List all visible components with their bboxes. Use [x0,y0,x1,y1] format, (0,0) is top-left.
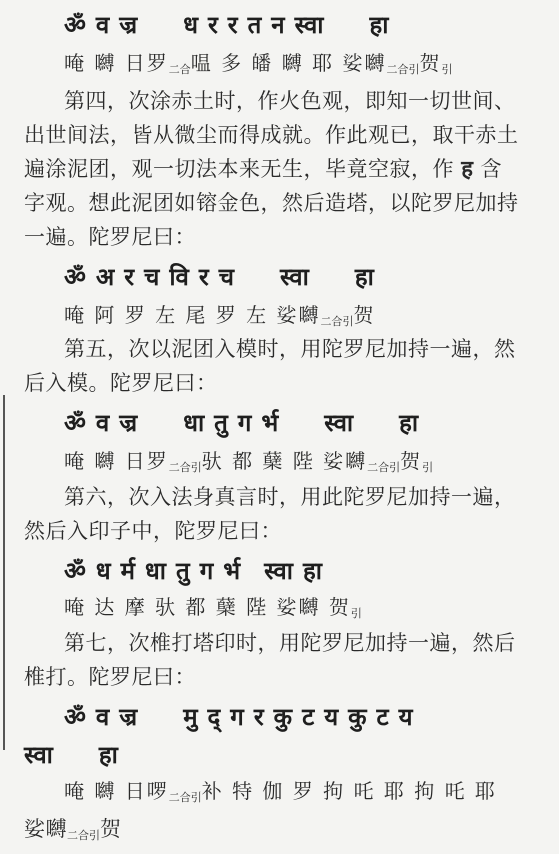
siddham-glyph: ट [302,700,314,733]
siddham-glyph: कु [348,700,366,733]
pronunciation-note: 二合 [169,63,191,76]
paragraph-line: 然后入印子中，陀罗尼曰： [24,518,554,544]
pronunciation-note: 引 [351,607,362,620]
siddham-glyph: ॐ [64,260,86,293]
siddham-mantra-line: स्वाहा [24,738,128,768]
siddham-glyph: हा [399,406,418,439]
siddham-glyph: तु [214,406,228,439]
siddham-mantra-line: ॐधर्मधातुगर्भस्वाहा [64,554,332,584]
paragraph-text: 含 [473,157,502,181]
pronunciation-note: 二合引 [321,315,354,328]
siddham-glyph: ॐ [64,406,86,439]
mantra-text: 唵 达 摩 驮 都 蘖 陛 娑嚩 贺 [64,595,351,619]
paragraph-line: 遍涂泥团，观一切法本来无生，毕竟空寂，作 ह 含 [24,156,554,182]
siddham-glyph: तु [176,554,190,587]
siddham-glyph: ट [377,700,389,733]
mantra-text: 补 特 伽 罗 拘 吒 耶 拘 吒 耶 [202,779,497,803]
siddham-mantra-line: ॐवज्रमुद्गरकुटयकुटय [64,700,423,730]
siddham-glyph: व [96,8,109,41]
siddham-glyph: वि [169,260,189,293]
pronunciation-note: 二合引 [169,791,202,804]
siddham-glyph: धा [183,406,204,439]
siddham-glyph: स्वा [24,738,53,771]
siddham-glyph: स्वा [295,8,324,41]
siddham-glyph: र [124,260,134,293]
pronunciation-note: 引 [422,461,433,474]
mantra-text: 唵 嚩 日罗 [64,449,169,473]
mantra-text: 唵 阿 罗 左 尾 罗 左 娑嚩 [64,303,321,327]
mantra-transliteration: 唵 嚩 日罗二合引驮 都 蘖 陛 娑嚩二合引贺引 [64,448,559,481]
siddham-mantra-line: ॐवज्रधररतनस्वाहा [64,8,399,38]
pronunciation-note: 引 [442,63,453,76]
siddham-glyph: र्भ [261,406,278,439]
siddham-glyph: र्भ [223,554,240,587]
siddham-glyph: ॐ [64,554,86,587]
mantra-text: 唵 嚩 日罗 [64,51,169,75]
margin-rule [3,395,5,750]
siddham-glyph: ध [96,554,111,587]
scanned-book-page: ॐवज्रधररतनस्वाहा 唵 嚩 日罗二合嗢 多 皤 嚩 耶 娑嚩二合引… [0,0,559,854]
seed-syllable-ham: ह [461,156,473,182]
mantra-text: 驮 都 蘖 陛 娑嚩 [202,449,367,473]
mantra-transliteration: 唵 嚩 日啰二合引补 特 伽 罗 拘 吒 耶 拘 吒 耶 [64,778,559,811]
siddham-glyph: हा [355,260,374,293]
siddham-glyph: य [399,700,413,733]
siddham-glyph: मु [183,700,197,733]
siddham-glyph: हा [370,8,389,41]
paragraph-line: 字观。想此泥团如镕金色，然后造塔，以陀罗尼加持 [24,190,554,216]
siddham-glyph: व [96,406,109,439]
siddham-glyph: अ [96,260,114,293]
siddham-glyph: ज्र [119,700,137,733]
mantra-text: 贺 [354,303,376,327]
paragraph-line: 一遍。陀罗尼曰： [24,224,554,250]
siddham-glyph: ध [183,8,198,41]
siddham-glyph: ॐ [64,700,86,733]
paragraph-line: 椎打。陀罗尼曰： [24,664,554,690]
paragraph-line: 后入模。陀罗尼曰： [24,370,554,396]
mantra-transliteration: 唵 嚩 日罗二合嗢 多 皤 嚩 耶 娑嚩二合引贺引 [64,50,559,83]
siddham-glyph: न [271,8,284,41]
siddham-glyph: ॐ [64,8,86,41]
siddham-glyph: र्म [121,554,135,587]
siddham-glyph: द् [208,700,221,733]
paragraph-line: 第五，次以泥团入模时，用陀罗尼加持一遍，然 [64,336,559,362]
siddham-glyph: ग [238,406,252,439]
siddham-glyph: र [199,260,209,293]
mantra-text: 贺 [100,817,122,841]
siddham-glyph: त [248,8,262,41]
paragraph-line: 第七，次椎打塔印时，用陀罗尼加持一遍，然后 [64,630,559,656]
mantra-text: 贺 [420,51,442,75]
paragraph-text: 遍涂泥团，观一切法本来无生，毕竟空寂，作 [24,157,461,181]
siddham-glyph: य [324,700,338,733]
paragraph-line: 第四，次涂赤土时，作火色观，即知一切世间、 [64,88,559,114]
siddham-glyph: च [219,260,234,293]
mantra-text: 唵 嚩 日啰 [64,779,169,803]
siddham-glyph: ज्र [119,406,137,439]
siddham-glyph: कु [274,700,292,733]
siddham-glyph: ग [200,554,214,587]
pronunciation-note: 二合引 [169,461,202,474]
siddham-glyph: स्वा [264,554,293,587]
pronunciation-note: 二合引 [387,63,420,76]
mantra-text: 嗢 多 皤 嚩 耶 娑嚩 [191,51,387,75]
siddham-glyph: र [208,8,218,41]
mantra-text: 娑嚩 [24,817,67,841]
siddham-mantra-line: ॐअरचविरचस्वाहा [64,260,384,290]
siddham-glyph: ज्र [119,8,137,41]
siddham-glyph: स्वा [324,406,353,439]
paragraph-line: 出世间法，皆从微尘而得成就。作此观已，取干赤土 [24,122,554,148]
siddham-glyph: च [144,260,159,293]
siddham-glyph: र [254,700,264,733]
siddham-glyph: र [228,8,238,41]
mantra-transliteration: 唵 阿 罗 左 尾 罗 左 娑嚩二合引贺 [64,302,559,335]
mantra-text: 贺 [400,449,422,473]
mantra-transliteration: 唵 达 摩 驮 都 蘖 陛 娑嚩 贺引 [64,594,559,627]
paragraph-line: 第六，次入法身真言时，用此陀罗尼加持一遍， [64,484,559,510]
siddham-glyph: हा [303,554,322,587]
siddham-glyph: ग [230,700,244,733]
pronunciation-note: 二合引 [367,461,400,474]
siddham-glyph: धा [145,554,166,587]
siddham-mantra-line: ॐवज्रधातुगर्भस्वाहा [64,406,428,436]
siddham-glyph: स्वा [280,260,309,293]
mantra-transliteration: 娑嚩二合引贺 [24,816,554,849]
pronunciation-note: 二合引 [67,829,100,842]
siddham-glyph: व [96,700,109,733]
siddham-glyph: हा [99,738,118,771]
